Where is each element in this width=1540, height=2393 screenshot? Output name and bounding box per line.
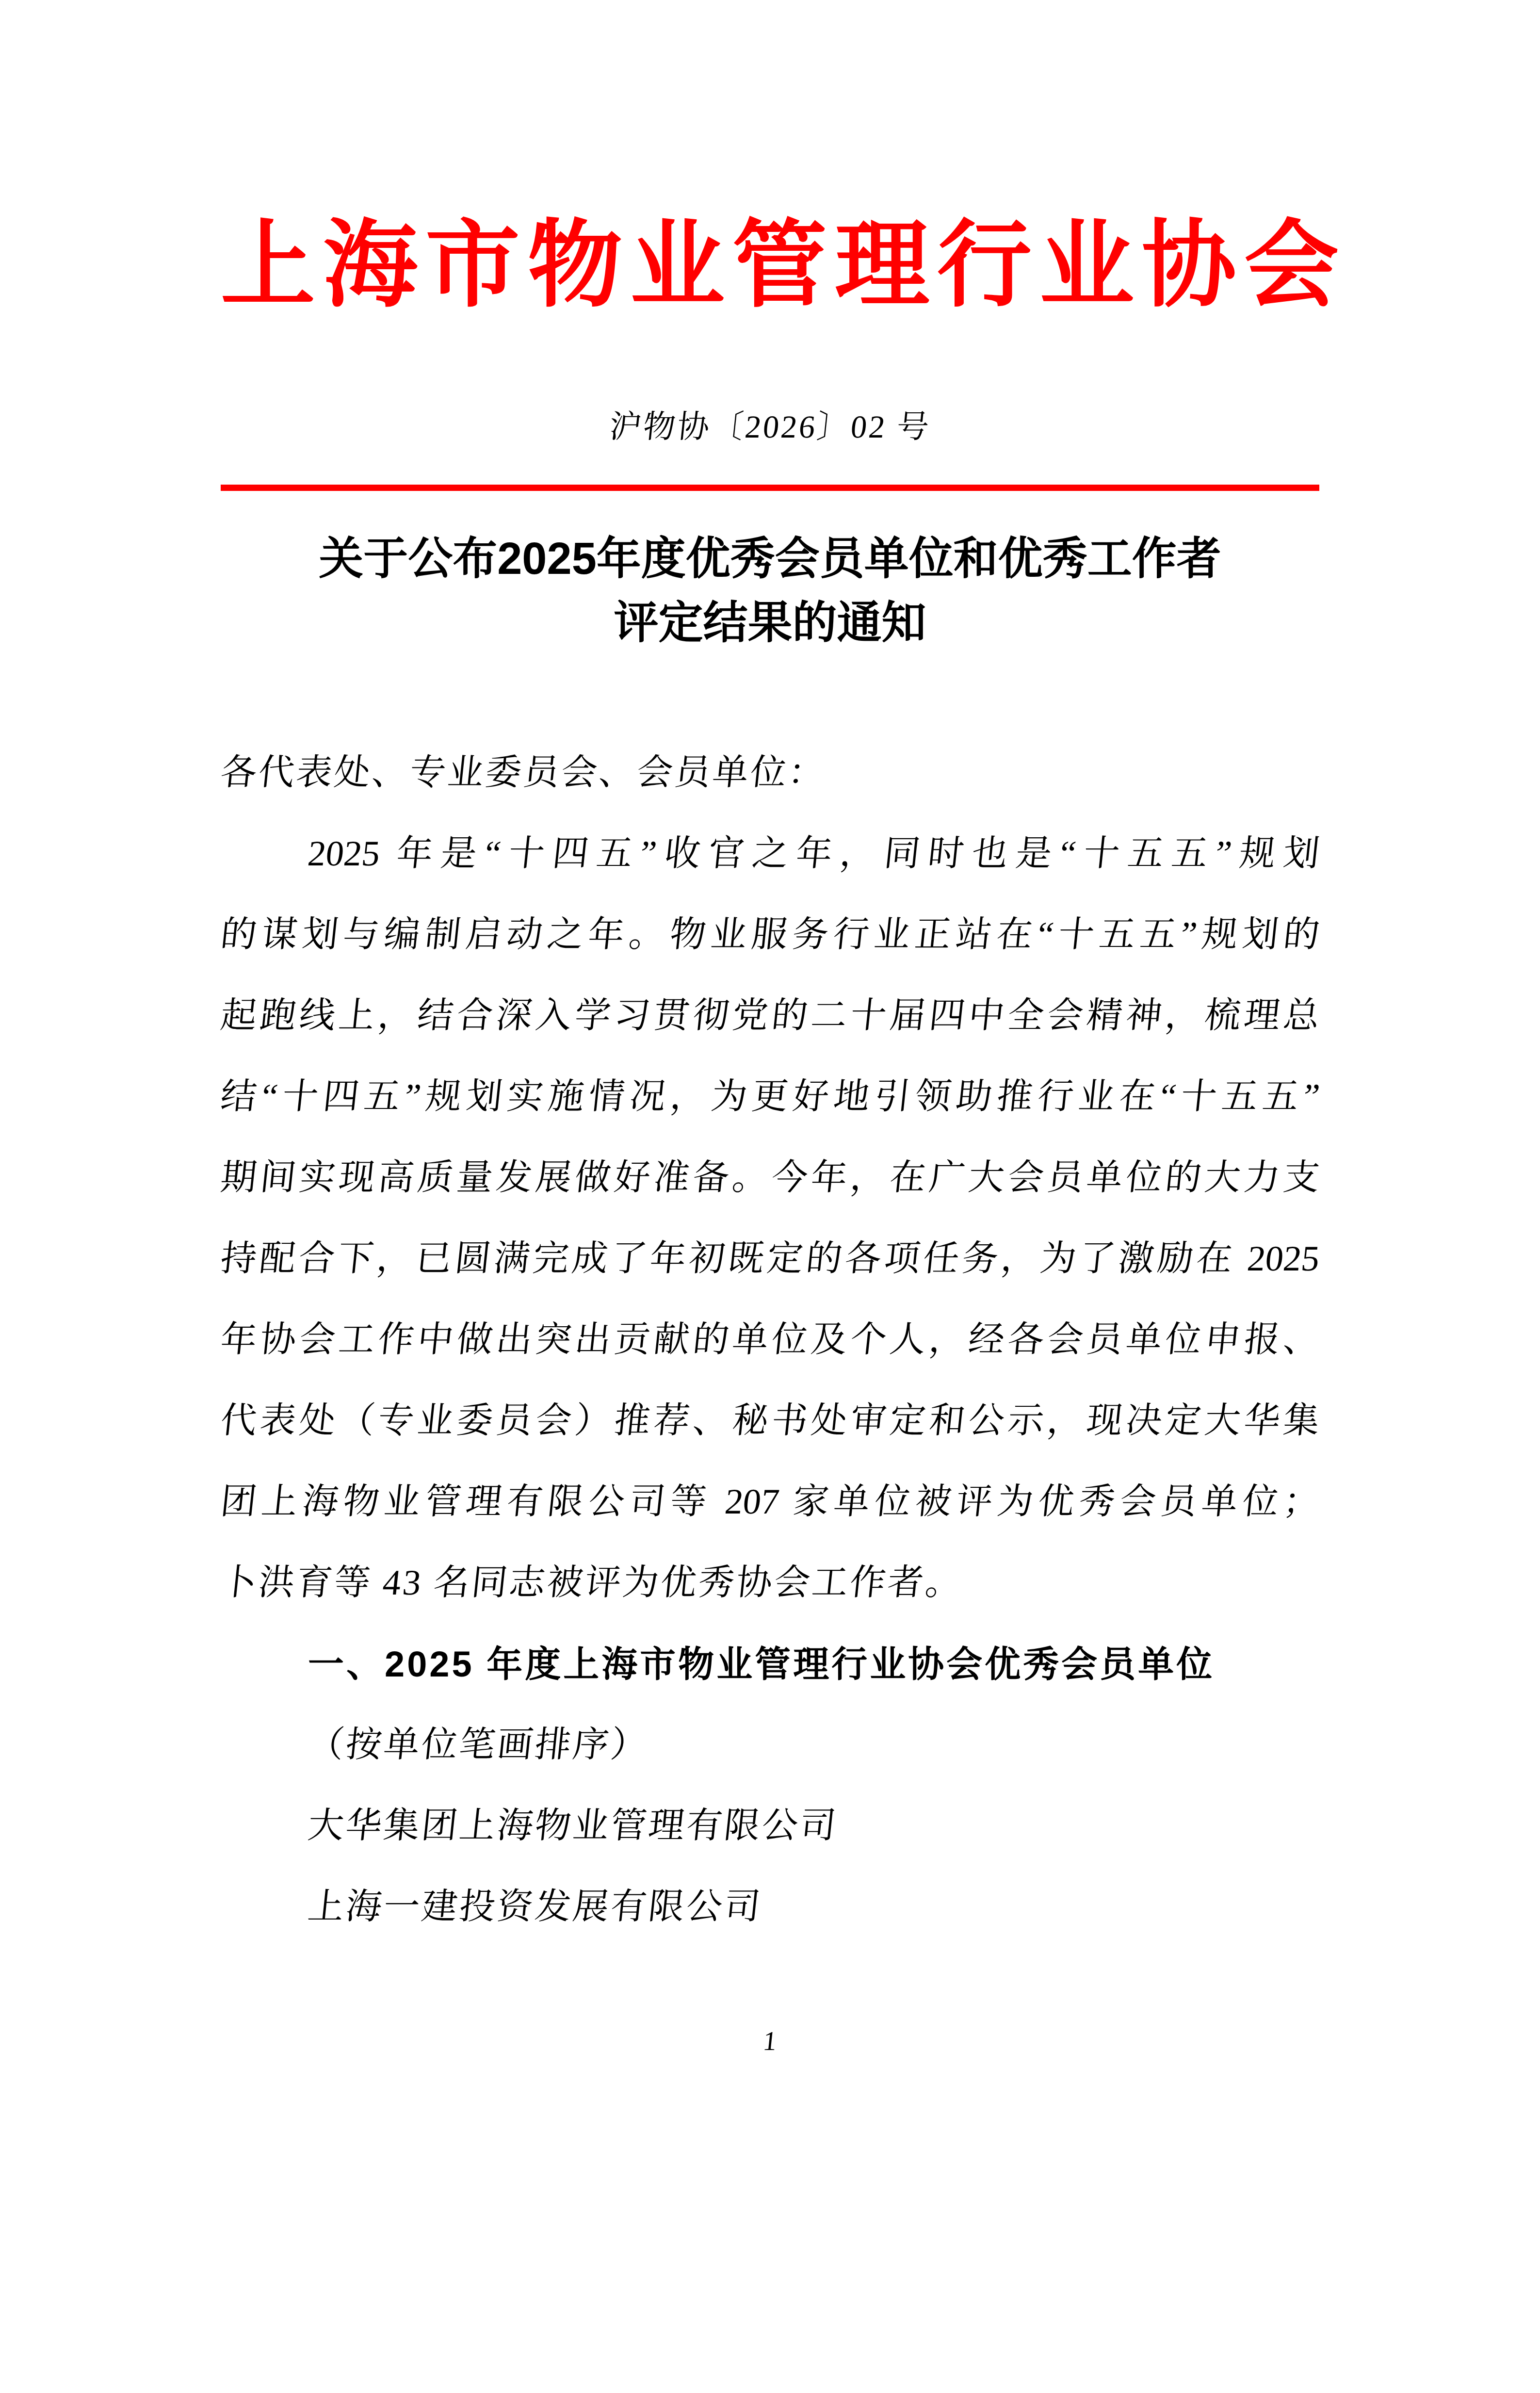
page-number: 1 [219,2024,1321,2058]
red-divider-line [221,485,1319,491]
body-line: 代表处（专业委员会）推荐、秘书处审定和公示，现决定大华集 [216,1381,1324,1462]
company-list-item: 上海一建投资发展有限公司 [216,1867,1324,1948]
document-page: 上海市物业管理行业协会 沪物协〔2026〕02 号 关于公布2025年度优秀会员… [221,215,1319,2058]
body-line: 2025 年是“十四五”收官之年，同时也是“十五五”规划 [216,814,1324,895]
sort-order-note: （按单位笔画排序） [216,1705,1324,1786]
body-line: 期间实现高质量发展做好准备。今年，在广大会员单位的大力支 [216,1138,1324,1219]
body-line: 的谋划与编制启动之年。物业服务行业正站在“十五五”规划的 [216,895,1324,976]
salutation-line: 各代表处、专业委员会、会员单位： [216,733,1324,814]
body-line: 持配合下，已圆满完成了年初既定的各项任务，为了激励在 2025 [216,1219,1324,1300]
body-line: 起跑线上，结合深入学习贯彻党的二十届四中全会精神，梳理总 [216,976,1324,1057]
letterhead-org-title: 上海市物业管理行业协会 [221,215,1319,318]
notice-title-line2: 评定结果的通知 [221,591,1319,655]
section-heading: 一、2025 年度上海市物业管理行业协会优秀会员单位 [221,1624,1319,1705]
notice-title: 关于公布2025年度优秀会员单位和优秀工作者 评定结果的通知 [221,527,1319,655]
doc-reference-number: 沪物协〔2026〕02 号 [218,407,1321,448]
body-line: 年协会工作中做出突出贡献的单位及个人，经各会员单位申报、 [216,1300,1324,1381]
body-line: 卜洪育等 43 名同志被评为优秀协会工作者。 [216,1543,1324,1624]
body-line: 团上海物业管理有限公司等 207 家单位被评为优秀会员单位； [216,1462,1324,1543]
company-list-item: 大华集团上海物业管理有限公司 [216,1786,1324,1867]
notice-body: 各代表处、专业委员会、会员单位： 2025 年是“十四五”收官之年，同时也是“十… [221,733,1319,1948]
body-line: 结“十四五”规划实施情况，为更好地引领助推行业在“十五五” [216,1057,1324,1138]
notice-title-line1: 关于公布2025年度优秀会员单位和优秀工作者 [221,527,1319,591]
